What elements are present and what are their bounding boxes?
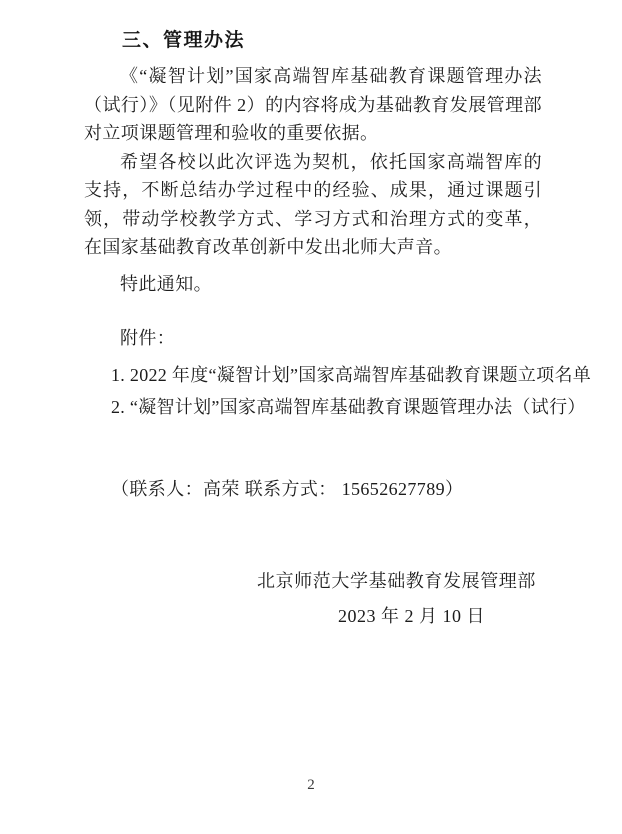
attachment-item-1: 1. 2022 年度“凝智计划”国家高端智库基础教育课题立项名单 [84,359,542,391]
signature-date: 2023 年 2 月 10 日 [84,602,542,631]
contact-line: （联系人：高荣 联系方式： 15652627789） [84,475,542,504]
notice-line: 特此通知。 [84,270,542,299]
attachments-label: 附件： [84,324,542,353]
paragraph-management-measures: 《“凝智计划”国家高端智库基础教育课题管理办法（试行）》（见附件 2）的内容将成… [84,62,542,148]
section-heading: 三、管理办法 [84,26,542,55]
attachment-item-2: 2. “凝智计划”国家高端智库基础教育课题管理办法（试行） [84,391,542,423]
signature-organization: 北京师范大学基础教育发展管理部 [84,567,542,596]
document-page: 三、管理办法 《“凝智计划”国家高端智库基础教育课题管理办法（试行）》（见附件 … [0,0,622,834]
paragraph-hope: 希望各校以此次评选为契机，依托国家高端智库的支持，不断总结办学过程中的经验、成果… [84,148,542,262]
page-number: 2 [0,775,622,795]
document-content: 三、管理办法 《“凝智计划”国家高端智库基础教育课题管理办法（试行）》（见附件 … [84,26,542,630]
